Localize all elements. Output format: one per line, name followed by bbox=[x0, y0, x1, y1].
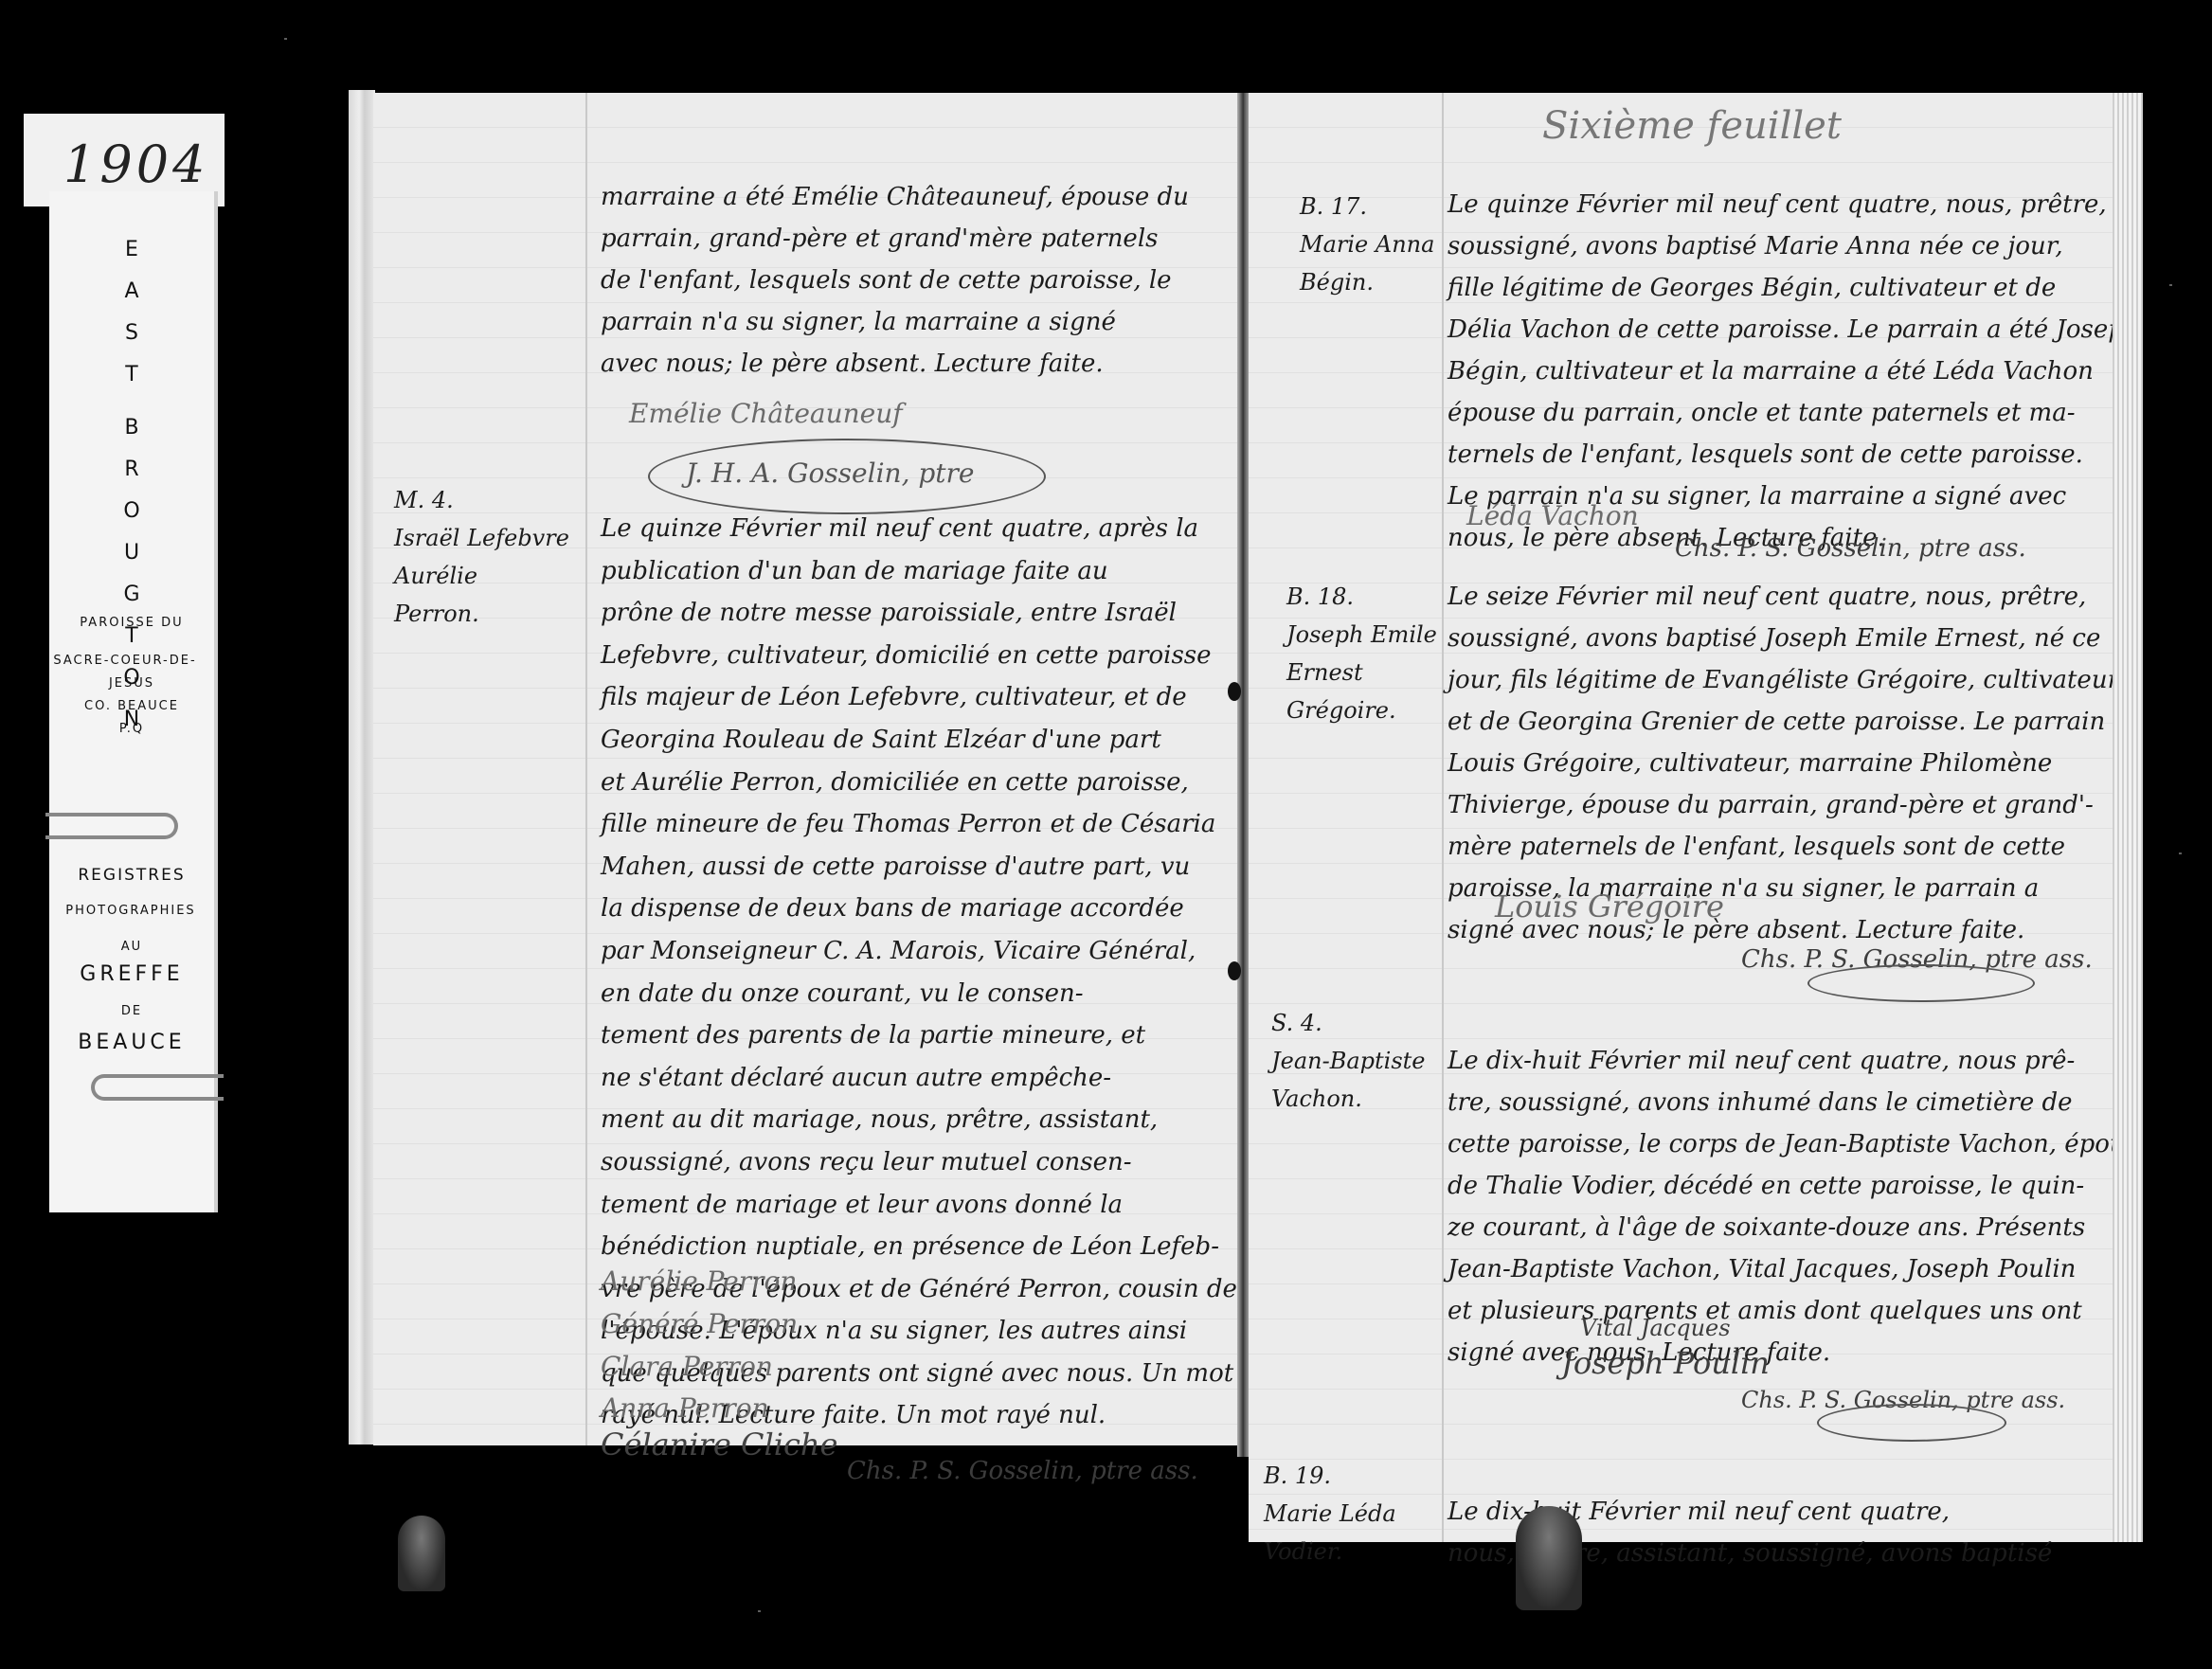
signature: Louis Grégoire bbox=[1495, 888, 1724, 924]
left-page: marraine a été Emélie Châteauneuf, épous… bbox=[373, 93, 1243, 1445]
signature: Clara Perron bbox=[601, 1351, 773, 1382]
registry-line: DE bbox=[49, 1004, 214, 1018]
entry-margin-label: B. 17. Marie Anna Bégin. bbox=[1300, 188, 1434, 301]
burial-entry-text: Le dix-huit Février mil neuf cent quatre… bbox=[1448, 1040, 2139, 1373]
registry-line: BEAUCE bbox=[49, 1031, 214, 1054]
priest-signature: Chs. P. S. Gosselin, ptre ass. bbox=[1675, 534, 2026, 563]
margin-rule bbox=[1442, 93, 1444, 1542]
signature: J. H. A. Gosselin, ptre bbox=[686, 458, 975, 489]
registry-line: REGISTRES bbox=[49, 866, 214, 885]
thumb-holding-page bbox=[398, 1516, 445, 1591]
right-page: Sixième feuillet B. 17. Marie Anna Bégin… bbox=[1249, 93, 2113, 1542]
film-speck bbox=[2169, 284, 2172, 286]
book-fore-edge bbox=[2113, 93, 2143, 1542]
entry-margin-label: B. 18. Joseph Emile Ernest Grégoire. bbox=[1286, 578, 1437, 729]
parish-line: CO. BEAUCE bbox=[49, 699, 214, 713]
entry-margin-label: M. 4. Israël Lefebvre Aurélie Perron. bbox=[394, 481, 569, 633]
film-speck bbox=[284, 38, 287, 40]
book-page-edges bbox=[349, 90, 375, 1445]
registry-line: PHOTOGRAPHIES bbox=[36, 904, 225, 918]
year-label: 1904 bbox=[63, 135, 208, 194]
parish-line: JESUS bbox=[49, 676, 214, 691]
signature: Vital Jacques bbox=[1580, 1315, 1731, 1341]
margin-rule bbox=[585, 93, 587, 1445]
paper-clip-icon bbox=[45, 813, 178, 839]
film-speck bbox=[758, 1610, 761, 1612]
thumb-holding-page bbox=[1516, 1506, 1582, 1610]
entry-margin-label: S. 4. Jean-Baptiste Vachon. bbox=[1271, 1004, 1426, 1118]
binding-hole bbox=[1228, 682, 1241, 701]
entry-margin-label: B. 19. Marie Léda Vodier. bbox=[1264, 1457, 1396, 1570]
signature: Joseph Poulin bbox=[1561, 1345, 1770, 1381]
archive-label-strip: E A S T B R O U G T O N PAROISSE DU SACR… bbox=[49, 191, 218, 1212]
registry-line: GREFFE bbox=[49, 962, 214, 986]
continuation-entry-text: marraine a été Emélie Châteauneuf, épous… bbox=[601, 176, 1189, 385]
film-speck bbox=[2179, 852, 2182, 854]
binding-hole bbox=[1228, 961, 1241, 980]
signature: Généré Perron bbox=[601, 1308, 798, 1339]
signature-flourish bbox=[1807, 964, 2035, 1002]
paper-clip-icon bbox=[91, 1074, 224, 1101]
priest-signature: Chs. P. S. Gosselin, ptre ass. bbox=[847, 1457, 1198, 1485]
signature-flourish bbox=[1817, 1404, 2006, 1442]
signature: Léda Vachon bbox=[1466, 500, 1639, 531]
marriage-entry-text: Le quinze Février mil neuf cent quatre, … bbox=[601, 508, 1237, 1437]
parish-line: PAROISSE DU bbox=[49, 616, 214, 630]
signature: Emélie Châteauneuf bbox=[629, 398, 903, 429]
parish-line: SACRE-COEUR-DE- bbox=[30, 654, 220, 668]
registry-line: AU bbox=[49, 940, 214, 954]
parish-line: P.Q bbox=[49, 722, 214, 736]
signature: Célanire Cliche bbox=[601, 1427, 837, 1463]
signature: Aurélie Perron bbox=[601, 1265, 797, 1297]
signature: Anna Perron bbox=[601, 1392, 769, 1424]
page-heading: Sixième feuillet bbox=[1542, 104, 1842, 148]
